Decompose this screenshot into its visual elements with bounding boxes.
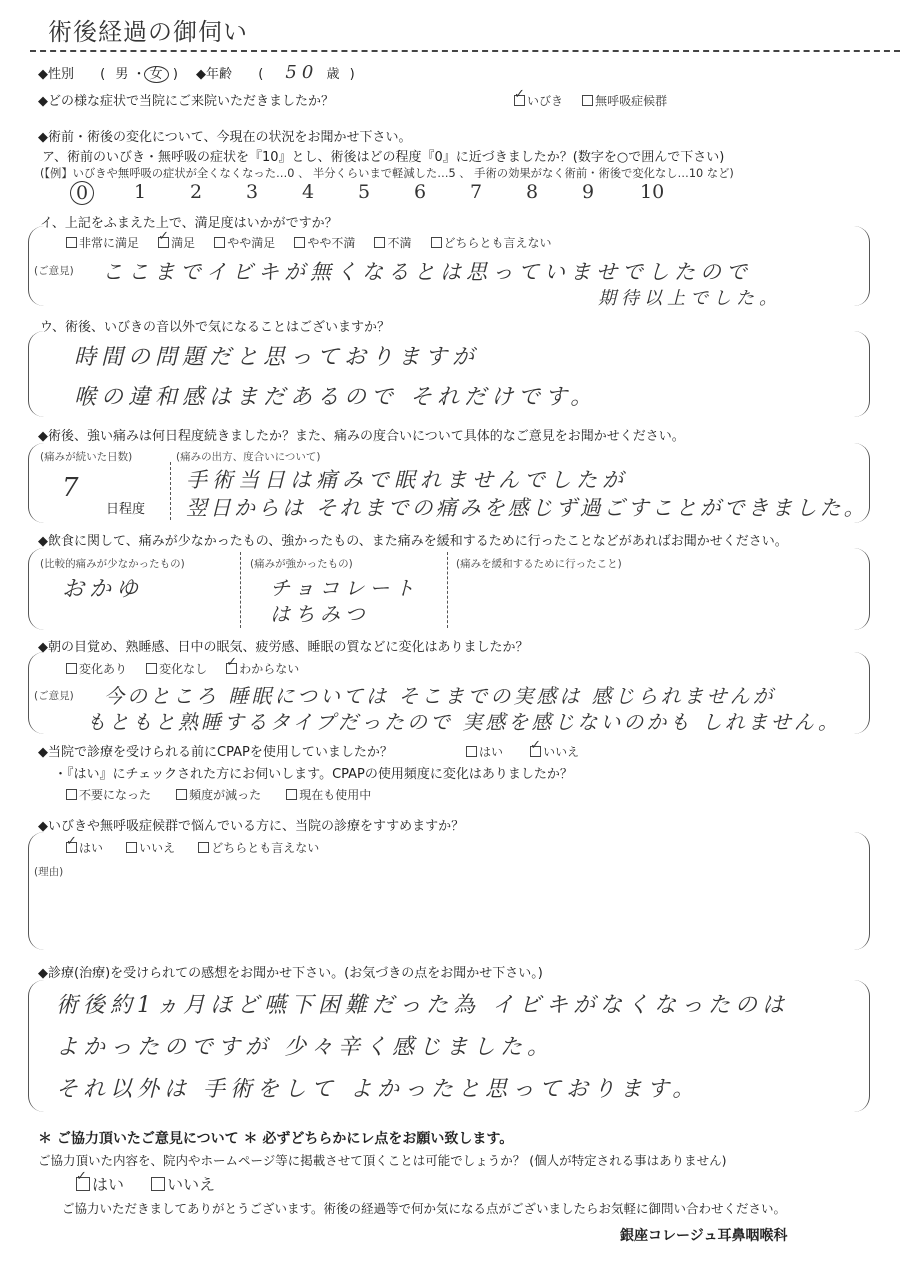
checkbox-empty-icon [126,842,137,853]
checkbox-checked-icon [226,663,237,674]
satisfaction-opinion-line1[interactable]: ここまでイビキが無くなるとは思っていませでしたので [102,256,752,286]
other-concerns-line2[interactable]: 喉の違和感はまだあるので それだけです。 [74,380,597,411]
checkbox-snoring[interactable]: いびき [514,92,563,109]
checkbox-empty-icon [214,237,225,248]
checkbox-consent-yes[interactable]: はい [76,1172,124,1195]
food-col3-label: (痛みを緩和するために行ったこと) [456,556,622,571]
pain-detail-label: (痛みの出方、度合いについて) [176,449,320,464]
scale-option-3[interactable]: 3 [246,181,258,203]
pain-detail-line1[interactable]: 手術当日は痛みで眠れませんでしたが [186,464,628,494]
sleep-opinion-line2[interactable]: もともと熟睡するタイプだったので 実感を感じないのかも しれません。 [86,706,841,735]
checkbox-cpap-yes[interactable]: はい [466,743,503,760]
checkbox-cpap-no[interactable]: いいえ [530,743,579,760]
cpap-question: ◆当院で診療を受けられる前にCPAPを使用していましたか？ [38,741,393,760]
checkbox-empty-icon [176,789,187,800]
checkbox-apnea[interactable]: 無呼吸症候群 [582,92,667,109]
scale-option-2[interactable]: 2 [190,181,202,203]
checkbox-checked-icon [514,95,525,106]
cpap-options: はい いいえ [466,742,593,761]
checkbox-empty-icon [66,789,77,800]
impressions-question: ◆診療(治療)を受けられての感想をお聞かせ下さい。(お気づきの点をお聞かせ下さい… [38,962,543,981]
consent-options: はい いいえ [76,1172,229,1195]
checkbox-dissatisfied[interactable]: 不満 [374,234,411,251]
pain-days-label: (痛みが続いた日数) [40,449,132,464]
cpap-followup: ・『はい』にチェックされた方にお伺いします。CPAPの使用頻度に変化はありました… [54,763,573,782]
pain-column-divider [170,462,171,520]
checkbox-satisfied[interactable]: 満足 [158,234,195,251]
checkbox-recommend-neither[interactable]: どちらとも言えない [198,839,319,856]
checkbox-unknown[interactable]: わからない [226,660,299,677]
checkbox-very-satisfied[interactable]: 非常に満足 [66,234,139,251]
checkbox-checked-icon [76,1177,90,1191]
food-divider-2 [447,552,448,628]
checkbox-empty-icon [146,663,157,674]
checkbox-checked-icon [66,842,77,853]
scale-option-0-circled[interactable]: 0 [70,181,94,205]
checkbox-changed[interactable]: 変化あり [66,660,127,677]
scale-option-8[interactable]: 8 [526,181,538,203]
recommend-reason-label: (理由) [34,864,63,879]
food-col2-label: (痛みが強かったもの) [250,556,353,571]
checkbox-still-using[interactable]: 現在も使用中 [286,786,371,803]
scale-option-1[interactable]: 1 [134,181,146,203]
checkbox-checked-icon [530,746,541,757]
recommend-options: はい いいえ どちらとも言えない [66,838,333,857]
pain-days-value[interactable]: 7 [62,473,84,503]
recommend-reason-field[interactable] [80,880,840,940]
sleep-options: 変化あり 変化なし わからない [66,659,313,678]
change-question: ◆術前・術後の変化について、今現在の状況をお聞かせ下さい。 [38,126,411,145]
impressions-line3[interactable]: それ以外は 手術をして よかったと思っております。 [56,1072,699,1103]
checkbox-no-change[interactable]: 変化なし [146,660,207,677]
pain-days-unit: 日程度 [106,498,145,517]
checkbox-empty-icon [66,663,77,674]
checkbox-no-longer-needed[interactable]: 不要になった [66,786,151,803]
checkbox-recommend-no[interactable]: いいえ [126,839,175,856]
gender-option-female-circled[interactable]: 女 [144,66,169,83]
checkbox-empty-icon [294,237,305,248]
sleep-opinion-line1[interactable]: 今のところ 睡眠については そこまでの実感は 感じられませんが [104,680,776,709]
gender-label: ◆性別 [38,67,74,82]
form-title: 術後経過の御伺い [48,12,248,47]
food-divider-1 [240,552,241,628]
checkbox-empty-icon [466,746,477,757]
food-col2-item-2[interactable]: はちみつ [270,598,370,627]
change-prompt-a: ア、術前のいびき・無呼吸の症状を『10』とし、術後はどの程度『0』に近づきました… [42,146,724,165]
scale-option-5[interactable]: 5 [358,181,370,203]
checkbox-somewhat-dissatisfied[interactable]: やや不満 [294,234,355,251]
impressions-line2[interactable]: よかったのですが 少々辛く感じました。 [56,1030,554,1061]
scale-option-9[interactable]: 9 [582,181,594,203]
gender-option-male[interactable]: 男 [115,67,128,82]
consent-thanks: ご協力いただきましてありがとうございます。術後の経過等で何か気になる点がございま… [62,1199,786,1217]
consent-heading: ＊ ご協力頂いたご意見について ＊ 必ずどちらかにレ点をお願い致します。 [38,1128,513,1148]
checkbox-empty-icon [286,789,297,800]
age-value[interactable]: 50 [285,62,318,83]
checkbox-checked-icon [158,237,169,248]
satisfaction-options: 非常に満足 満足 やや満足 やや不満 不満 どちらとも言えない [66,233,566,252]
consent-question: ご協力頂いた内容を、院内やホームページ等に掲載させて頂くことは可能でしょうか？ … [38,1151,726,1169]
satisfaction-opinion-label: (ご意見) [34,263,74,278]
checkbox-consent-no[interactable]: いいえ [151,1172,215,1195]
food-col1-item[interactable]: おかゆ [62,572,143,603]
food-col1-label: (比較的痛みが少なかったもの) [40,556,185,571]
scale-option-6[interactable]: 6 [414,181,426,203]
checkbox-empty-icon [198,842,209,853]
age-label: ◆年齢 [196,67,232,82]
title-divider [30,50,900,52]
checkbox-empty-icon [374,237,385,248]
change-example: (【例】いびきや無呼吸の症状が全くなくなった…0 、 半分くらいまで軽減した…5… [40,165,734,181]
profile-row: ◆性別 ( 男 ・ 女 ) ◆年齢 ( 50 歳 ) [38,62,355,83]
checkbox-empty-icon [431,237,442,248]
checkbox-empty-icon [582,95,593,106]
checkbox-somewhat-satisfied[interactable]: やや満足 [214,234,275,251]
food-col2-item-1[interactable]: チョコレート [270,572,419,601]
checkbox-empty-icon [151,1177,165,1191]
scale-option-7[interactable]: 7 [470,181,482,203]
clinic-name: 銀座コレージュ耳鼻咽喉科 [620,1225,787,1245]
checkbox-empty-icon [66,237,77,248]
other-concerns-line1[interactable]: 時間の問題だと思っておりますが [74,340,479,371]
severity-scale: 0 1 2 3 4 5 6 7 8 9 10 [76,181,696,207]
checkbox-neither[interactable]: どちらとも言えない [431,234,552,251]
cpap-followup-options: 不要になった 頻度が減った 現在も使用中 [66,785,385,804]
sleep-opinion-label: (ご意見) [34,688,74,703]
food-question: ◆飲食に関して、痛みが少なかったもの、強かったもの、また痛みを緩和するために行っ… [38,530,788,549]
pain-question: ◆術後、強い痛みは何日程度続きましたか？また、痛みの度合いについて具体的なご意見… [38,425,685,444]
checkbox-frequency-decreased[interactable]: 頻度が減った [176,786,261,803]
satisfaction-opinion-line2[interactable]: 期待以上でした。 [598,284,782,310]
reason-options: いびき 無呼吸症候群 [514,91,681,110]
checkbox-recommend-yes[interactable]: はい [66,839,103,856]
scale-option-10[interactable]: 10 [640,181,664,203]
impressions-line1[interactable]: 術後約1ヵ月ほど嚥下困難だった為 イビキがなくなったのは [56,988,789,1019]
pain-detail-line2[interactable]: 翌日からは それまでの痛みを感じず過ごすことができました。 [186,492,868,522]
reason-question: ◆どの様な症状で当院にご来院いただきましたか？ [38,90,334,109]
scale-option-4[interactable]: 4 [302,181,314,203]
